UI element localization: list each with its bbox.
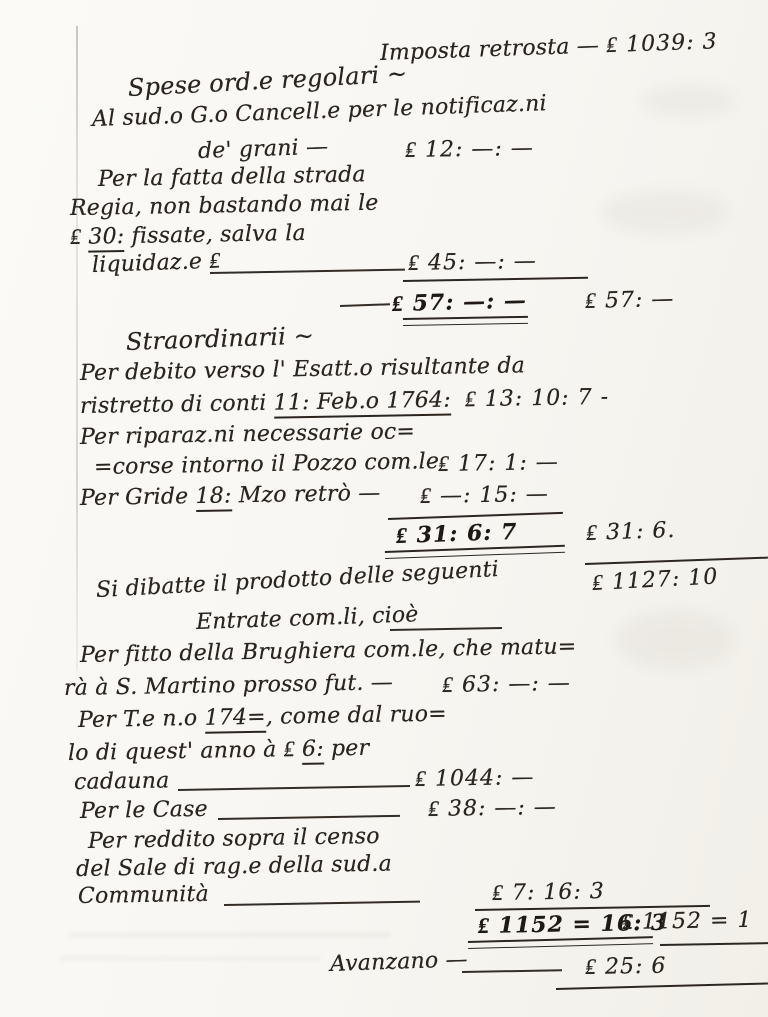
straordinarii-line-1: Per debito verso l' Esatt.o risultante d… <box>80 353 525 386</box>
manuscript-page: Imposta retrosta — ₤ 1039: 3 Spese ord.e… <box>0 0 768 1017</box>
sum-rule <box>585 557 768 565</box>
scan-streak <box>70 933 390 937</box>
spese-line-2-amount: ₤ 12: —: — <box>405 135 534 163</box>
balance-label: Avanzano — <box>330 947 469 977</box>
straordinarii-line-5: Per Gride 18: Mzo retrò — <box>80 481 381 511</box>
straordinarii-line-2-amount: ₤ 13: 10: 7 - <box>465 385 610 413</box>
dash-rule <box>210 269 405 274</box>
straordinarii-line-5-post: Mzo retrò — <box>231 481 380 509</box>
carryover-line: Imposta retrosta — ₤ 1039: 3 <box>380 28 718 66</box>
entrate-line-3-post: , come dal ruo= <box>266 702 447 730</box>
entrate-line-3-underlined: 174= <box>204 705 266 734</box>
entrate-line-6-amount: ₤ 38: —: — <box>428 794 557 822</box>
entrate-line-5-amount: ₤ 1044: — <box>415 764 535 792</box>
entrate-heading: Si dibatte il prodotto delle seguenti <box>95 557 499 603</box>
entrate-line-4-pre: lo di quest' anno à ₤ <box>68 737 302 766</box>
entrate-line-6-label: Per le Case <box>80 797 208 824</box>
spese-line-5-pre: ₤ <box>70 225 89 250</box>
entrate-heading-amount: ₤ 1127: 10 <box>591 563 719 596</box>
straordinarii-line-2-underlined: 11: Feb.o 1764: <box>273 388 451 419</box>
carryover-label: Imposta retrosta — <box>380 33 600 66</box>
spese-line-5-underlined: 30: <box>88 224 124 253</box>
ink-bleed-smudge <box>615 610 735 670</box>
entrate-line-9-label: Communità <box>78 882 209 909</box>
entrate-line-5-label: cadauna <box>74 768 170 795</box>
straordinarii-margin-amount: ₤ 31: 6. <box>586 517 676 546</box>
ink-bleed-smudge <box>600 190 730 235</box>
straordinarii-line-2: ristretto di conti 11: Feb.o 1764:₤ 13: … <box>80 384 609 419</box>
entrate-subheading: Entrate com.li, cioè <box>196 602 419 635</box>
sum-rule <box>388 512 563 520</box>
straordinarii-total-amount: ₤ 31: 6: 7 <box>396 519 518 549</box>
entrate-line-4: lo di quest' anno à ₤ 6: per <box>68 735 370 766</box>
straordinarii-line-2-pre: ristretto di conti <box>80 391 274 419</box>
entrate-line-9-amount: ₤ 7: 16: 3 <box>492 878 605 906</box>
straordinarii-heading: Straordinarii ~ <box>126 321 315 356</box>
spese-line-6-amount: ₤ 45: —: — <box>408 248 537 276</box>
dash-rule <box>178 785 410 791</box>
spese-total-amount: ₤ 57: —: — <box>392 287 527 317</box>
spese-line-5-post: fissate, salva la <box>124 221 306 249</box>
spese-margin-amount: ₤ 57: — <box>585 286 675 314</box>
spese-line-4: Regia, non bastando mai le <box>70 191 379 221</box>
straordinarii-line-4-label: =corse intorno il Pozzo com.le <box>94 449 440 480</box>
sum-rule <box>556 982 768 990</box>
entrate-line-3: Per T.e n.o 174=, come dal ruo= <box>78 702 447 733</box>
scan-streak <box>60 957 320 960</box>
entrate-line-3-pre: Per T.e n.o <box>78 706 205 733</box>
entrate-line-8: del Sale di rag.e della sud.a <box>76 851 392 882</box>
spese-line-5: ₤ 30: fissate, salva la <box>70 220 306 250</box>
straordinarii-line-5-amount: ₤ —: 15: — <box>420 481 549 509</box>
spese-heading: Spese ord.e regolari ~ <box>127 59 408 102</box>
entrate-line-1: Per fitto della Brughiera com.le, che ma… <box>80 634 577 668</box>
entrate-line-2-amount: ₤ 63: —: — <box>442 670 571 698</box>
ink-bleed-smudge <box>640 85 735 117</box>
double-rule <box>403 316 528 326</box>
carryover-amount: ₤ 1039: 3 <box>606 29 718 58</box>
straordinarii-line-4-amount: ₤ 17: 1: — <box>438 449 559 477</box>
straordinarii-line-5-pre: Per Gride <box>80 484 196 511</box>
entrate-line-4-post: per <box>324 736 370 762</box>
dash-rule <box>340 303 390 306</box>
dash-rule <box>218 815 400 820</box>
entrate-line-2-label: rà à S. Martino prosso fut. — <box>64 670 393 701</box>
dash-rule <box>462 969 562 972</box>
entrate-margin-amount: ₤ 1152 = 1 <box>622 907 753 935</box>
spese-line-6-label: liquidaz.e ₤ <box>92 248 221 278</box>
page-crease <box>76 26 78 671</box>
sum-rule <box>403 277 588 282</box>
sum-rule <box>660 942 768 946</box>
dash-rule <box>224 901 420 906</box>
straordinarii-line-5-underlined: 18: <box>195 483 231 512</box>
straordinarii-line-3: Per riparaz.ni necessarie oc= <box>80 419 415 450</box>
entrate-line-4-underlined: 6: <box>302 737 324 765</box>
balance-amount: ₤ 25: 6 <box>585 953 667 980</box>
entrate-line-7: Per reddito sopra il censo <box>88 824 380 854</box>
spese-line-3: Per la fatta della strada <box>98 162 366 192</box>
spese-line-2-label: de' grani — <box>198 134 329 164</box>
